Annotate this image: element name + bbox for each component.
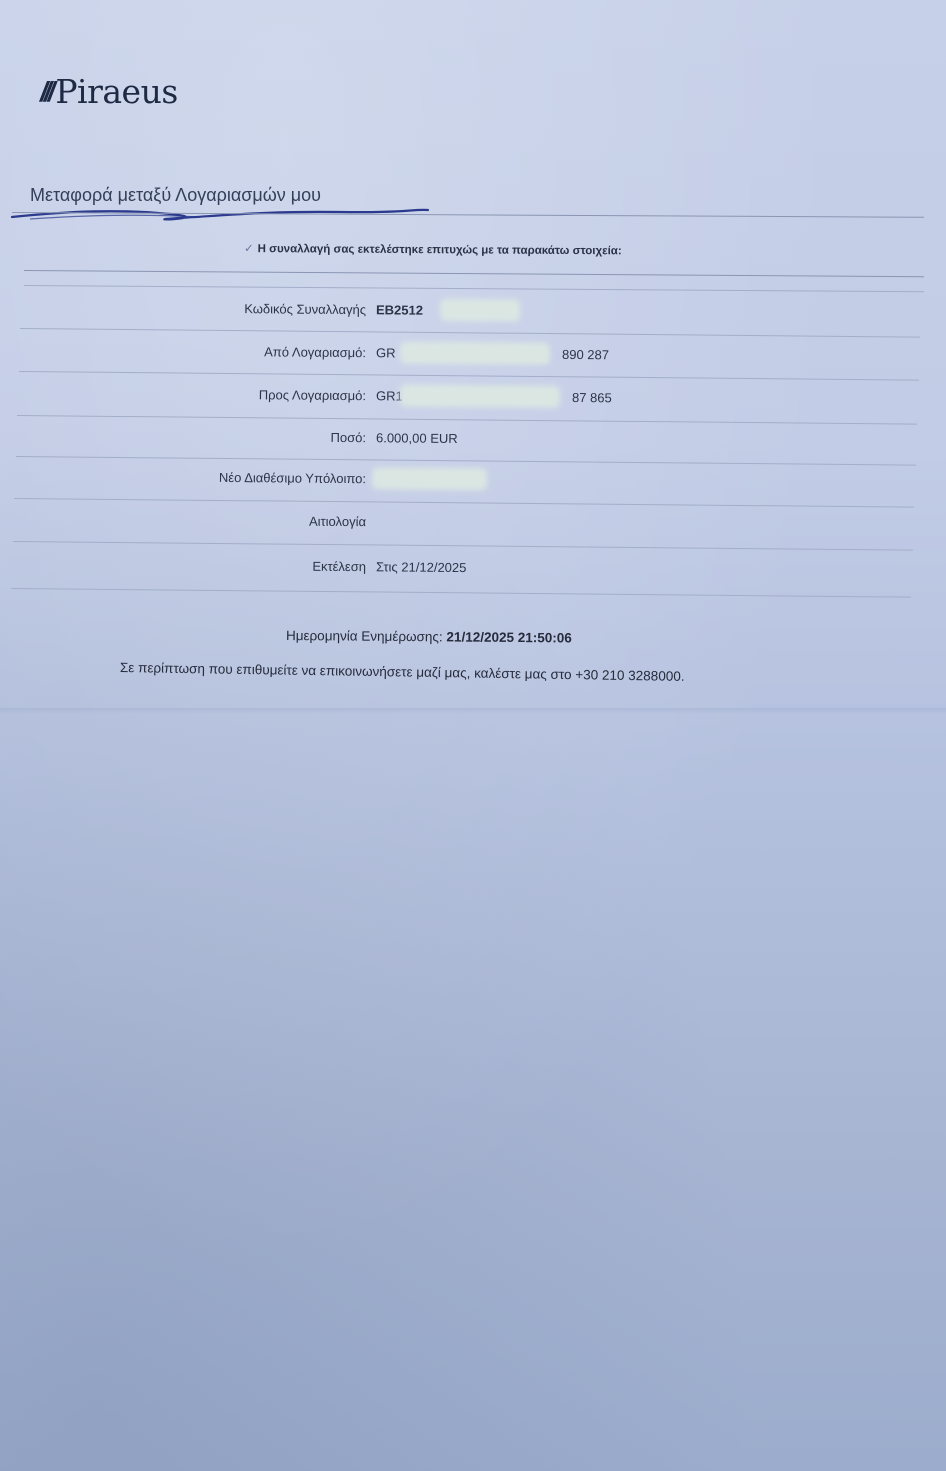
page-title: Μεταφορά μεταξύ Λογαριασμών μου	[30, 185, 321, 206]
divider	[14, 498, 914, 508]
divider	[24, 285, 924, 292]
detail-value: Στις 21/12/2025	[376, 559, 467, 575]
detail-label: Προς Λογαριασμό:	[259, 387, 366, 403]
detail-label: Κωδικός Συναλλαγής	[244, 301, 366, 317]
paper-fold	[0, 708, 946, 714]
detail-value: 6.000,00 EUR	[376, 430, 458, 446]
redaction-blur	[400, 384, 560, 407]
detail-row: Από Λογαριασμό:GR890 287	[0, 342, 946, 374]
detail-label: Νέο Διαθέσιμο Υπόλοιπο:	[219, 470, 366, 486]
detail-label: Ποσό:	[330, 430, 366, 445]
detail-value: GR1	[376, 388, 403, 403]
detail-value-suffix: 87 865	[572, 390, 612, 405]
piraeus-logo: /// Piraeus	[40, 72, 178, 111]
divider	[24, 270, 924, 277]
detail-value-suffix: 890 287	[562, 347, 609, 362]
detail-label: Εκτέλεση	[312, 559, 366, 574]
redaction-blur	[400, 341, 550, 364]
detail-row: Προς Λογαριασμό:GR187 865	[0, 385, 946, 417]
detail-value: EB2512	[376, 302, 423, 317]
divider	[17, 415, 917, 425]
detail-row: Ποσό:6.000,00 EUR	[0, 427, 946, 459]
success-message: ✓Η συναλλαγή σας εκτελέστηκε επιτυχώς με…	[244, 241, 622, 257]
detail-row: ΕκτέλεσηΣτις 21/12/2025	[0, 556, 946, 588]
detail-row: Αιτιολογία	[0, 511, 946, 543]
detail-row: Νέο Διαθέσιμο Υπόλοιπο:	[0, 468, 946, 500]
divider	[11, 588, 911, 598]
success-text: Η συναλλαγή σας εκτελέστηκε επιτυχώς με …	[258, 243, 622, 257]
redaction-blur	[372, 467, 487, 490]
detail-label: Αιτιολογία	[309, 514, 366, 529]
update-timestamp: Ημερομηνία Ενημέρωσης: 21/12/2025 21:50:…	[286, 628, 572, 645]
update-value: 21/12/2025 21:50:06	[446, 629, 571, 645]
detail-value: GR	[376, 345, 396, 360]
check-icon: ✓	[244, 243, 254, 255]
divider	[12, 541, 912, 551]
pen-underline-scribble	[10, 205, 430, 225]
logo-text: Piraeus	[55, 72, 177, 111]
contact-text: Σε περίπτωση που επιθυμείτε να επικοινων…	[120, 660, 685, 684]
update-label: Ημερομηνία Ενημέρωσης:	[286, 628, 443, 644]
detail-label: Από Λογαριασμό:	[264, 344, 366, 360]
detail-row: Κωδικός ΣυναλλαγήςEB2512	[0, 299, 946, 331]
redaction-blur	[440, 299, 520, 322]
logo-slashes-icon: ///	[40, 76, 51, 108]
